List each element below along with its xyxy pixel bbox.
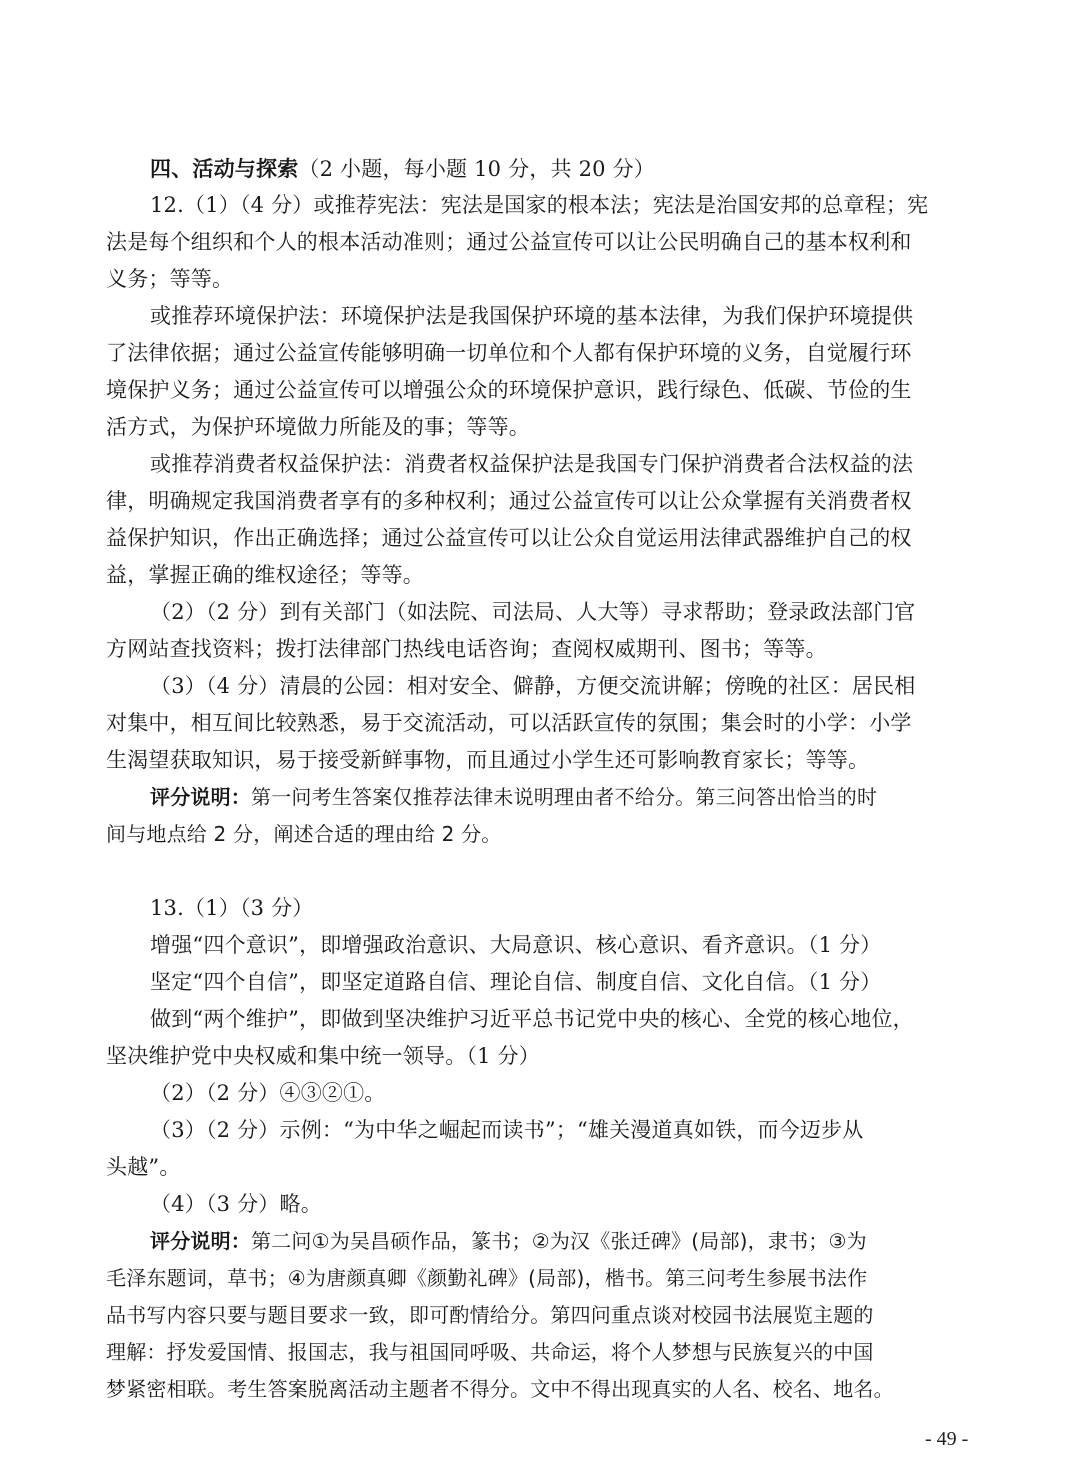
q12-part2: （2）（2 分）到有关部门（如法院、司法局、人大等）寻求帮助；登录政法部门官 方… bbox=[106, 594, 946, 668]
scoring-label: 评分说明： bbox=[150, 1229, 251, 1253]
q13-heading: 13.（1）（3 分） bbox=[106, 890, 946, 927]
text-line: 生渴望获取知识，易于接受新鲜事物，而且通过小学生还可影响教育家长；等等。 bbox=[106, 742, 946, 779]
spacer bbox=[106, 853, 946, 890]
text-line: 了法律依据；通过公益宣传能够明确一切单位和个人都有保护环境的义务，自觉履行环 bbox=[106, 335, 946, 372]
document-page: 四、活动与探索（2 小题，每小题 10 分，共 20 分） 12.（1）（4 分… bbox=[106, 150, 946, 1408]
section-title-rest: （2 小题，每小题 10 分，共 20 分） bbox=[298, 157, 655, 181]
text-line: 或推荐环境保护法：环境保护法是我国保护环境的基本法律，为我们保护环境提供 bbox=[106, 298, 946, 335]
text-line: 做到“两个维护”，即做到坚决维护习近平总书记党中央的核心、全党的核心地位， bbox=[106, 1001, 946, 1038]
text-line: 方网站查找资料；拨打法律部门热线电话咨询；查阅权威期刊、图书；等等。 bbox=[106, 631, 946, 668]
text-line: 律，明确规定我国消费者享有的多种权利；通过公益宣传可以让公众掌握有关消费者权 bbox=[106, 483, 946, 520]
q12-scoring-notes: 评分说明：第一问考生答案仅推荐法律未说明理由者不给分。第三问答出恰当的时 间与地… bbox=[106, 779, 946, 853]
page-number: - 49 - bbox=[925, 1428, 968, 1451]
text-line: 对集中，相互间比较熟悉，易于交流活动，可以活跃宣传的氛围；集会时的小学：小学 bbox=[106, 705, 946, 742]
q12-part1-consumer: 或推荐消费者权益保护法：消费者权益保护法是我国专门保护消费者合法权益的法 律，明… bbox=[106, 446, 946, 594]
text-line: （3）（4 分）清晨的公园：相对安全、僻静，方便交流讲解；傍晚的社区：居民相 bbox=[106, 668, 946, 705]
q12-part3: （3）（4 分）清晨的公园：相对安全、僻静，方便交流讲解；傍晚的社区：居民相 对… bbox=[106, 668, 946, 779]
text-line: 梦紧密相联。考生答案脱离活动主题者不得分。文中不得出现真实的人名、校名、地名。 bbox=[106, 1371, 946, 1408]
q13-part2: （2）（2 分）④③②①。 bbox=[106, 1075, 946, 1112]
q12-part1-environment: 或推荐环境保护法：环境保护法是我国保护环境的基本法律，为我们保护环境提供 了法律… bbox=[106, 298, 946, 446]
q13-two-safeguards: 做到“两个维护”，即做到坚决维护习近平总书记党中央的核心、全党的核心地位， 坚决… bbox=[106, 1001, 946, 1075]
text-line: 坚决维护党中央权威和集中统一领导。（1 分） bbox=[106, 1038, 946, 1075]
text-line: 坚定“四个自信”，即坚定道路自信、理论自信、制度自信、文化自信。（1 分） bbox=[106, 964, 946, 1001]
q13-scoring-notes: 评分说明：第二问①为吴昌硕作品，篆书；②为汉《张迁碑》(局部)，隶书；③为 毛泽… bbox=[106, 1223, 946, 1408]
text-line: 理解：抒发爱国情、报国志，我与祖国同呼吸、共命运，将个人梦想与民族复兴的中国 bbox=[106, 1334, 946, 1371]
section-title-bold: 四、活动与探索 bbox=[150, 156, 298, 181]
text-line: （2）（2 分）到有关部门（如法院、司法局、人大等）寻求帮助；登录政法部门官 bbox=[106, 594, 946, 631]
text-line: 品书写内容只要与题目要求一致，即可酌情给分。第四问重点谈对校园书法展览主题的 bbox=[106, 1297, 946, 1334]
text-line: 第二问①为吴昌硕作品，篆书；②为汉《张迁碑》(局部)，隶书；③为 bbox=[251, 1229, 867, 1253]
text-line: 活方式，为保护环境做力所能及的事；等等。 bbox=[106, 409, 946, 446]
q13-part4: （4）（3 分）略。 bbox=[106, 1186, 946, 1223]
text-line: 头越”。 bbox=[106, 1149, 946, 1186]
q12-part1-constitution: 12.（1）（4 分）或推荐宪法：宪法是国家的根本法；宪法是治国安邦的总章程；宪… bbox=[106, 187, 946, 298]
text-line: 间与地点给 2 分，阐述合适的理由给 2 分。 bbox=[106, 816, 946, 853]
text-line: 或推荐消费者权益保护法：消费者权益保护法是我国专门保护消费者合法权益的法 bbox=[106, 446, 946, 483]
text-line: 法是每个组织和个人的根本活动准则；通过公益宣传可以让公民明确自己的基本权利和 bbox=[106, 224, 946, 261]
scoring-label: 评分说明： bbox=[150, 785, 251, 809]
text-line: 益保护知识，作出正确选择；通过公益宣传可以让公众自觉运用法律武器维护自己的权 bbox=[106, 520, 946, 557]
q13-part3: （3）（2 分）示例：“为中华之崛起而读书”；“雄关漫道真如铁，而今迈步从 头越… bbox=[106, 1112, 946, 1186]
text-line: 增强“四个意识”，即增强政治意识、大局意识、核心意识、看齐意识。（1 分） bbox=[106, 927, 946, 964]
text-line: 第一问考生答案仅推荐法律未说明理由者不给分。第三问答出恰当的时 bbox=[251, 785, 877, 809]
text-line: 毛泽东题词，草书；④为唐颜真卿《颜勤礼碑》(局部)，楷书。第三问考生参展书法作 bbox=[106, 1260, 946, 1297]
text-line: 益，掌握正确的维权途径；等等。 bbox=[106, 557, 946, 594]
text-line: 境保护义务；通过公益宣传可以增强公众的环境保护意识，践行绿色、低碳、节俭的生 bbox=[106, 372, 946, 409]
section-title: 四、活动与探索（2 小题，每小题 10 分，共 20 分） bbox=[106, 150, 946, 187]
text-line: （3）（2 分）示例：“为中华之崛起而读书”；“雄关漫道真如铁，而今迈步从 bbox=[106, 1112, 946, 1149]
text-line: 12.（1）（4 分）或推荐宪法：宪法是国家的根本法；宪法是治国安邦的总章程；宪 bbox=[106, 187, 946, 224]
text-line: 义务；等等。 bbox=[106, 261, 946, 298]
